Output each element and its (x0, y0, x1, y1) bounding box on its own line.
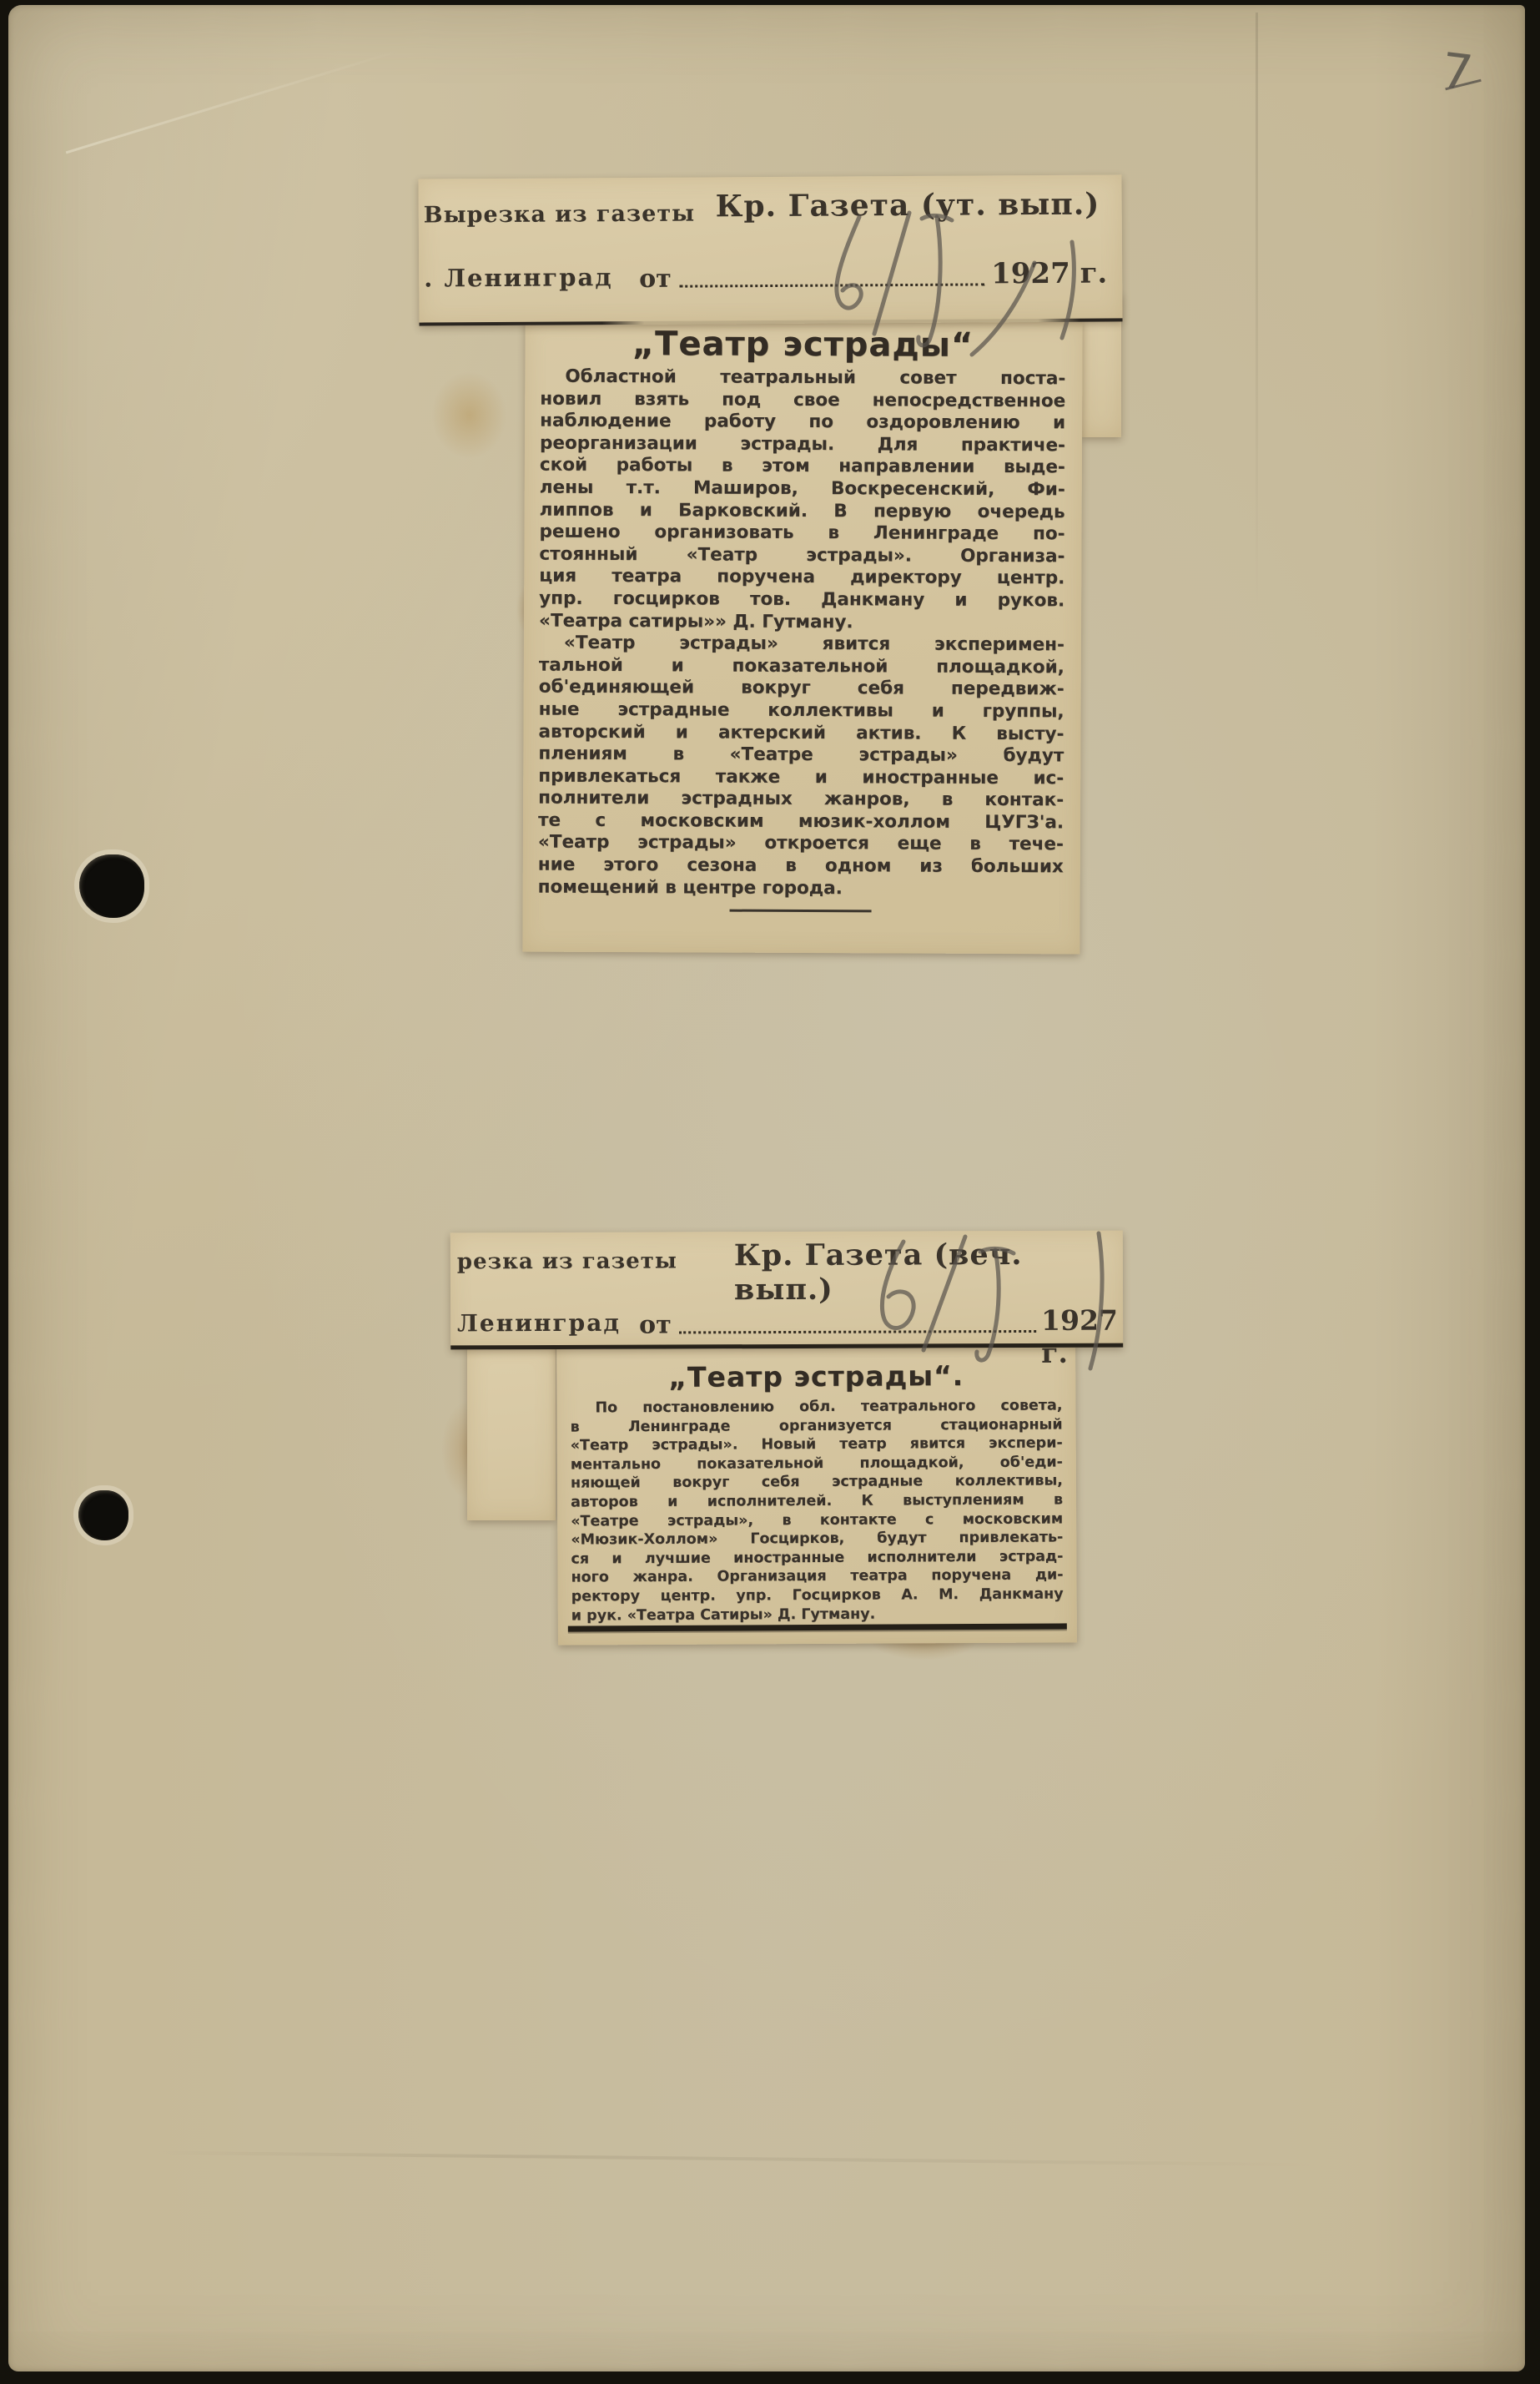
article-line: новил взять под свое непосредственное (540, 388, 1065, 412)
article-paragraph: «Театр эстрады» явится эксперимен-тально… (538, 633, 1064, 901)
newspaper-name: Кр. Газета (веч. вып.) (734, 1237, 1123, 1308)
article-line: авторский и актерский актив. К высту- (538, 721, 1064, 745)
article-line: «Мюзик-Холлом» Госцирков, будут привлека… (571, 1529, 1063, 1550)
archival-scan: 7 Вырезка из газеты Кр. Газета (ут. вып.… (0, 0, 1540, 2384)
article-line: «Театр эстрады» откроется еще в тече- (538, 832, 1064, 856)
year-label: 1927 г. (991, 257, 1107, 291)
article-line: плениям в «Театре эстрады» будут (538, 743, 1064, 768)
article-end-rule (730, 910, 872, 913)
article-line: те с московским мюзик-холлом ЦУГЗ'а. (538, 809, 1064, 834)
article-line: упр. госцирков тов. Данкману и руков. (539, 588, 1064, 612)
clipping2-form-slip: резка из газеты Кр. Газета (веч. вып.) Л… (450, 1231, 1123, 1350)
dotted-leader (679, 282, 984, 287)
article-line: ция театра поручена директору центр. (539, 566, 1064, 590)
article-line: «Театра сатиры»» Д. Гутману. (539, 610, 1064, 634)
article-line: наблюдение работу по оздоровлению и (540, 411, 1065, 435)
article-paragraph: Областной театральный совет поста-новил … (539, 366, 1065, 635)
article-line: авторов и исполнителей. К выступлениям в (571, 1490, 1063, 1512)
article-line: ного жанра. Организация театра поручена … (571, 1566, 1063, 1588)
article-line: ментально показательной площадкой, об'ед… (571, 1453, 1063, 1474)
article-line: помещений в центре города. (538, 876, 1064, 900)
article-line: тальной и показательной площадкой, (539, 654, 1064, 678)
article-line: реорганизации эстрады. Для практиче- (540, 432, 1065, 456)
article-title: „Театр эстрады“ (540, 325, 1065, 365)
clipping2-article: „Театр эстрады“. По постановлению обл. т… (556, 1335, 1077, 1645)
article-line: липпов и Барковский. В первую очередь (540, 499, 1065, 523)
clipping-source-label: Вырезка из газеты (424, 201, 696, 229)
article-line: решено организовать в Ленинграде по- (539, 522, 1064, 546)
dotted-leader (679, 1329, 1036, 1333)
article-line: «Театр эстрады». Новый театр явится эксп… (571, 1434, 1063, 1456)
article-line: Областной театральный совет поста- (540, 366, 1065, 391)
clipping1-article: „Театр эстрады“ Областной театральный со… (522, 320, 1082, 955)
date-from-label: от (639, 1310, 672, 1339)
article-paragraph: По постановлению обл. театрального совет… (570, 1396, 1063, 1625)
clipping2-slip-left-edge (467, 1343, 556, 1520)
article-line: привлекаться также и иностранные ис- (538, 765, 1064, 789)
article-line: няющей вокруг себя эстрадные коллективы, (571, 1472, 1063, 1494)
article-line: ректору центр. упр. Госцирков А. М. Данк… (571, 1585, 1064, 1606)
article-line: «Театр эстрады» явится эксперимен- (539, 633, 1064, 657)
article-line: об'единяющей вокруг себя передвиж- (539, 677, 1064, 701)
article-line: ской работы в этом направлении выде- (540, 455, 1065, 479)
punch-hole (78, 1490, 128, 1540)
article-title: „Театр эстрады“. (570, 1358, 1062, 1394)
article-line: полнители эстрадных жанров, в контак- (538, 788, 1064, 812)
article-line: ние этого сезона в одном из больших (538, 854, 1064, 879)
city-label: . Ленинград (424, 263, 613, 292)
article-line: и рук. «Театра Сатиры» Д. Гутману. (571, 1604, 1064, 1625)
punch-hole (79, 854, 144, 918)
article-body: По постановлению обл. театрального совет… (570, 1396, 1063, 1625)
clipping-source-label: резка из газеты (457, 1248, 677, 1274)
article-line: ся и лучшие иностранные исполнители эстр… (571, 1547, 1063, 1569)
article-line: стоянный «Театр эстрады». Организа- (539, 543, 1064, 567)
article-body: Областной театральный совет поста-новил … (538, 366, 1066, 901)
city-label: Ленинград (457, 1309, 621, 1338)
article-line: в Ленинграде организуется стационарный (571, 1415, 1063, 1437)
year-label: 1927 г. (1041, 1304, 1123, 1369)
article-line: лены т.т. Маширов, Воскресенский, Фи- (540, 477, 1065, 501)
clipping1-form-slip: Вырезка из газеты Кр. Газета (ут. вып.) … (418, 174, 1122, 325)
newspaper-name: Кр. Газета (ут. вып.) (716, 187, 1100, 224)
article-line: ные эстрадные коллективы и группы, (539, 699, 1064, 723)
date-from-label: от (639, 265, 672, 294)
article-line: По постановлению обл. театрального совет… (570, 1396, 1062, 1418)
article-line: «Театре эстрады», в контакте с московски… (571, 1510, 1063, 1531)
